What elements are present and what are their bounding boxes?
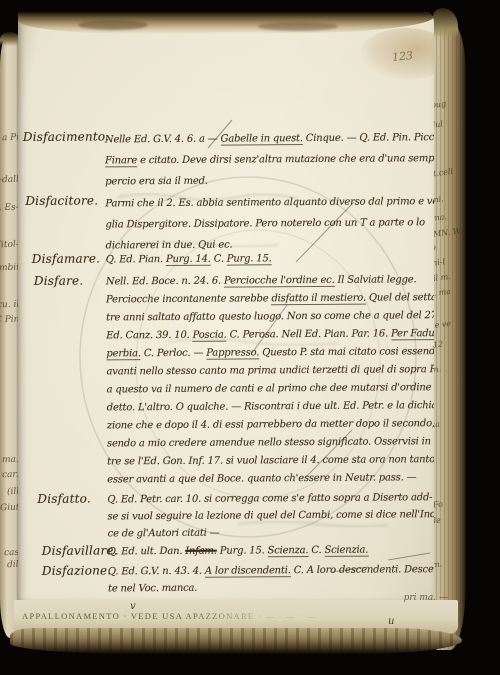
entry-body: Q. Ed. ult. Dan. Infam. Purg. 15. Scienz… — [108, 541, 434, 560]
underlying-page-headline: APPALLONAMENTO · VEDE USA APAZZONARE · —… — [22, 611, 317, 621]
entry-line: perbia. C. Perloc. — Pappresso. Questo P… — [106, 343, 432, 363]
entry-line: avanti nello stesso canto ma prima undic… — [106, 361, 432, 381]
manuscript-page: 123 Disfacimento.Nelle Ed. G.V. 4. 6. a … — [18, 12, 434, 604]
entry-headword: Disfatto. — [37, 492, 91, 506]
underlined-word: A lor discendenti. — [205, 565, 291, 578]
edge-text-fragment: Titol- — [0, 240, 19, 251]
underlined-word: Scienza. — [268, 545, 309, 557]
entry-line: esser avanti a que del Boce. quanto ch'e… — [107, 469, 433, 489]
text-segment: Quel del settan- — [366, 292, 434, 304]
text-segment: dichiarerei in due. Qui ec. — [106, 240, 233, 252]
edge-text-fragment: Fo — [432, 499, 443, 509]
edge-text-fragment: -dall — [0, 175, 19, 186]
text-segment: esser avanti a que del Boce. quanto ch'e… — [107, 472, 416, 485]
entry-body: Nelle Ed. G.V. 4. 6. a — Gabelle in ques… — [105, 127, 431, 192]
entry-line: Finare e citato. Deve dirsi senz'altra m… — [105, 148, 431, 171]
text-segment: Purg. 15. — [217, 545, 268, 556]
text-segment: percio era sia il med. — [105, 176, 208, 188]
edge-text-fragment: mbii — [0, 263, 19, 274]
edge-text-fragment: a Pi — [2, 133, 20, 144]
entry-line: a questo va il numero de canti e al prim… — [107, 379, 433, 399]
entry-headword: Disfacitore. — [25, 193, 98, 208]
entry-line: Nell. Ed. Boce. n. 24. 6. Perciocche l'o… — [106, 271, 432, 291]
struck-word: Infam. — [185, 546, 217, 557]
underlined-word: Poscia. — [193, 330, 227, 342]
entry-line: tre anni saltato affatto questo luogo. N… — [106, 307, 432, 327]
entry-body: Q. Ed. Petr. car. 10. si corregga come s… — [107, 489, 433, 542]
text-segment: Parmi che il 2. Es. abbia sentimento alq… — [105, 196, 434, 209]
manuscript-photo: a Pi-dallb. Es-Titol-mbiicu. ilC Pinma.c… — [0, 0, 500, 675]
entry-line: Parmi che il 2. Es. abbia sentimento alq… — [105, 191, 431, 214]
dictionary-entry: Disfacitore.Parmi che il 2. Es. abbia se… — [23, 191, 431, 257]
pen-check-mark: v — [130, 601, 136, 612]
text-segment: avanti nello stesso canto ma prima undic… — [106, 364, 434, 377]
entry-line: Ed. Canz. 39. 10. Poscia. C. Perosa. Nel… — [106, 325, 432, 345]
text-segment: Perciocche incontanente sarebbe — [106, 293, 271, 305]
dictionary-entry: Disfatto.Q. Ed. Petr. car. 10. si correg… — [25, 489, 433, 543]
underlined-word: Finare — [105, 155, 137, 167]
underlined-word: Gabelle in quest. — [220, 133, 302, 146]
text-segment: tre anni saltato affatto questo luogo. N… — [106, 310, 434, 323]
pen-check-mark: u — [388, 616, 394, 627]
text-segment: C. Perloc. — — [141, 348, 206, 359]
edge-text-fragment: cu. il — [0, 300, 19, 311]
text-segment: Q. Ed. Petr. car. 10. si corregga come s… — [107, 492, 432, 505]
underlined-word: perbia. — [106, 348, 141, 360]
underlined-word: disfatto il mestiero. — [271, 293, 366, 306]
text-segment: glia Dispergitore. Dissipatore. Pero not… — [105, 217, 425, 230]
text-segment: Q. Ed. G.V. n. 43. 4. — [108, 566, 205, 578]
text-segment: C. A loro descendenti. Descenden- — [291, 564, 434, 576]
entry-line: Q. Ed. G.V. n. 43. 4. A lor discendenti.… — [108, 561, 434, 580]
dictionary-entry: Disfacimento.Nelle Ed. G.V. 4. 6. a — Ga… — [23, 127, 431, 193]
dictionary-entry: Disfamare.Q. Ed. Pian. Purg. 14. C. Purg… — [24, 249, 432, 270]
entry-line: Q. Ed. Pian. Purg. 14. C. Purg. 15. — [106, 249, 432, 269]
underlined-word: Perciocche l'ordine ec. — [224, 275, 335, 288]
entry-headword: Disfamare. — [32, 251, 101, 265]
entry-headword: Disfacimento. — [23, 129, 109, 144]
entry-line: Nelle Ed. G.V. 4. 6. a — Gabelle in ques… — [105, 127, 431, 150]
edge-text-fragment: 12 — [432, 339, 443, 349]
dictionary-entry: Disfare.Nell. Ed. Boce. n. 24. 6. Percio… — [24, 271, 433, 490]
entries: Disfacimento.Nelle Ed. G.V. 4. 6. a — Ga… — [22, 12, 434, 604]
entry-line: detto. L'altro. O qualche. — Riscontrai … — [107, 397, 433, 417]
entry-headword: Disfavillare. — [42, 543, 118, 558]
entry-line: se si vuol seguire la lezione di quel de… — [107, 506, 433, 525]
edge-text-fragment: cas — [4, 548, 19, 559]
edge-text-fragment: MN. W. — [433, 226, 463, 238]
text-segment: ce de gl'Autori citati — — [108, 528, 220, 540]
entry-line: tre se l'Ed. Gon. Inf. 17. si vuol lasci… — [107, 451, 433, 471]
text-segment: Nelle Ed. G.V. 4. 6. a — — [105, 134, 221, 146]
text-segment: e citato. Deve dirsi senz'altra mutazion… — [137, 153, 434, 166]
entry-headword: Disfazione. — [42, 563, 112, 577]
bottom-page-stack-edge — [10, 628, 462, 654]
entry-line: percio era sia il med. — [105, 169, 431, 192]
underlined-word: Purg. 14. — [166, 254, 211, 266]
dictionary-entry: Disfazione.Q. Ed. G.V. n. 43. 4. A lor d… — [26, 561, 434, 598]
entry-body: Nell. Ed. Boce. n. 24. 6. Perciocche l'o… — [106, 271, 434, 489]
underlined-word: Per Fadu- — [391, 328, 434, 340]
text-segment: sendo a mio credere amendue nello stesso… — [107, 436, 434, 449]
entry-body: Q. Ed. G.V. n. 43. 4. A lor discendenti.… — [108, 561, 434, 597]
entry-body: Q. Ed. Pian. Purg. 14. C. Purg. 15. — [106, 249, 432, 269]
edge-text-fragment: ma. — [2, 455, 19, 466]
text-segment: Q. Ed. ult. Dan. — [108, 546, 186, 558]
text-segment: se si vuol seguire la lezione di quel de… — [107, 509, 434, 522]
text-segment: tre se l'Ed. Gon. Inf. 17. si vuol lasci… — [107, 454, 434, 467]
entry-line: glia Dispergitore. Dissipatore. Pero not… — [105, 212, 431, 235]
entry-line: ce de gl'Autori citati — — [108, 523, 434, 542]
facing-page-edge: a Pi-dallb. Es-Titol-mbiicu. ilC Pinma.c… — [0, 38, 20, 638]
edge-text-fragment: b. Es- — [0, 203, 19, 214]
edge-text-fragment: C Pin — [0, 315, 19, 326]
entry-line: Perciocche incontanente sarebbe disfatto… — [106, 289, 432, 309]
edge-text-fragment: t.cell — [433, 167, 454, 178]
text-segment: Ed. Canz. 39. 10. — [106, 330, 192, 342]
edge-text-fragment: il m. — [433, 272, 452, 283]
entry-headword: Disfare. — [34, 274, 84, 288]
text-segment: C. — [308, 545, 324, 556]
text-segment: C. — [211, 254, 227, 265]
entry-line: te nel Voc. manca. — [108, 578, 434, 597]
text-segment: detto. L'altro. O qualche. — Riscontrai … — [107, 400, 434, 413]
text-segment: a questo va il numero de canti e al prim… — [107, 382, 434, 395]
underlined-word: Pappresso. — [206, 347, 259, 359]
entry-line: Q. Ed. ult. Dan. Infam. Purg. 15. Scienz… — [108, 541, 434, 560]
text-segment: te nel Voc. manca. — [108, 583, 197, 595]
underlying-page-fragment: pri ma. — — [404, 593, 448, 603]
text-segment: C. Perosa. Nell Ed. Pian. Par. 16. — [227, 328, 392, 340]
text-segment: zione che e dopo il 4. di essi parrebber… — [107, 418, 434, 431]
text-segment: Q. Ed. Pian. — [106, 254, 166, 265]
edge-text-fragment: Giut — [0, 503, 19, 514]
text-segment: Il Salviati legge. — [335, 274, 417, 286]
underlined-word: Purg. 15. — [227, 253, 272, 265]
dictionary-entry: Disfavillare.Q. Ed. ult. Dan. Infam. Pur… — [26, 541, 434, 561]
text-segment: Cinque. — Q. Ed. Pin. Picc. 1. a — [303, 132, 434, 144]
underlined-word: Scienzia. — [324, 545, 368, 557]
edge-text-fragment: le ve — [432, 319, 452, 330]
entry-line: zione che e dopo il 4. di essi parrebber… — [107, 415, 433, 435]
text-segment: Questo P. sta mai citato cosi essendo — [259, 346, 434, 358]
entry-line: sendo a mio credere amendue nello stesso… — [107, 433, 433, 453]
entry-body: Parmi che il 2. Es. abbia sentimento alq… — [105, 191, 431, 256]
text-segment: Nell. Ed. Boce. n. 24. 6. — [106, 276, 224, 288]
edge-text-fragment: car. — [2, 470, 19, 481]
